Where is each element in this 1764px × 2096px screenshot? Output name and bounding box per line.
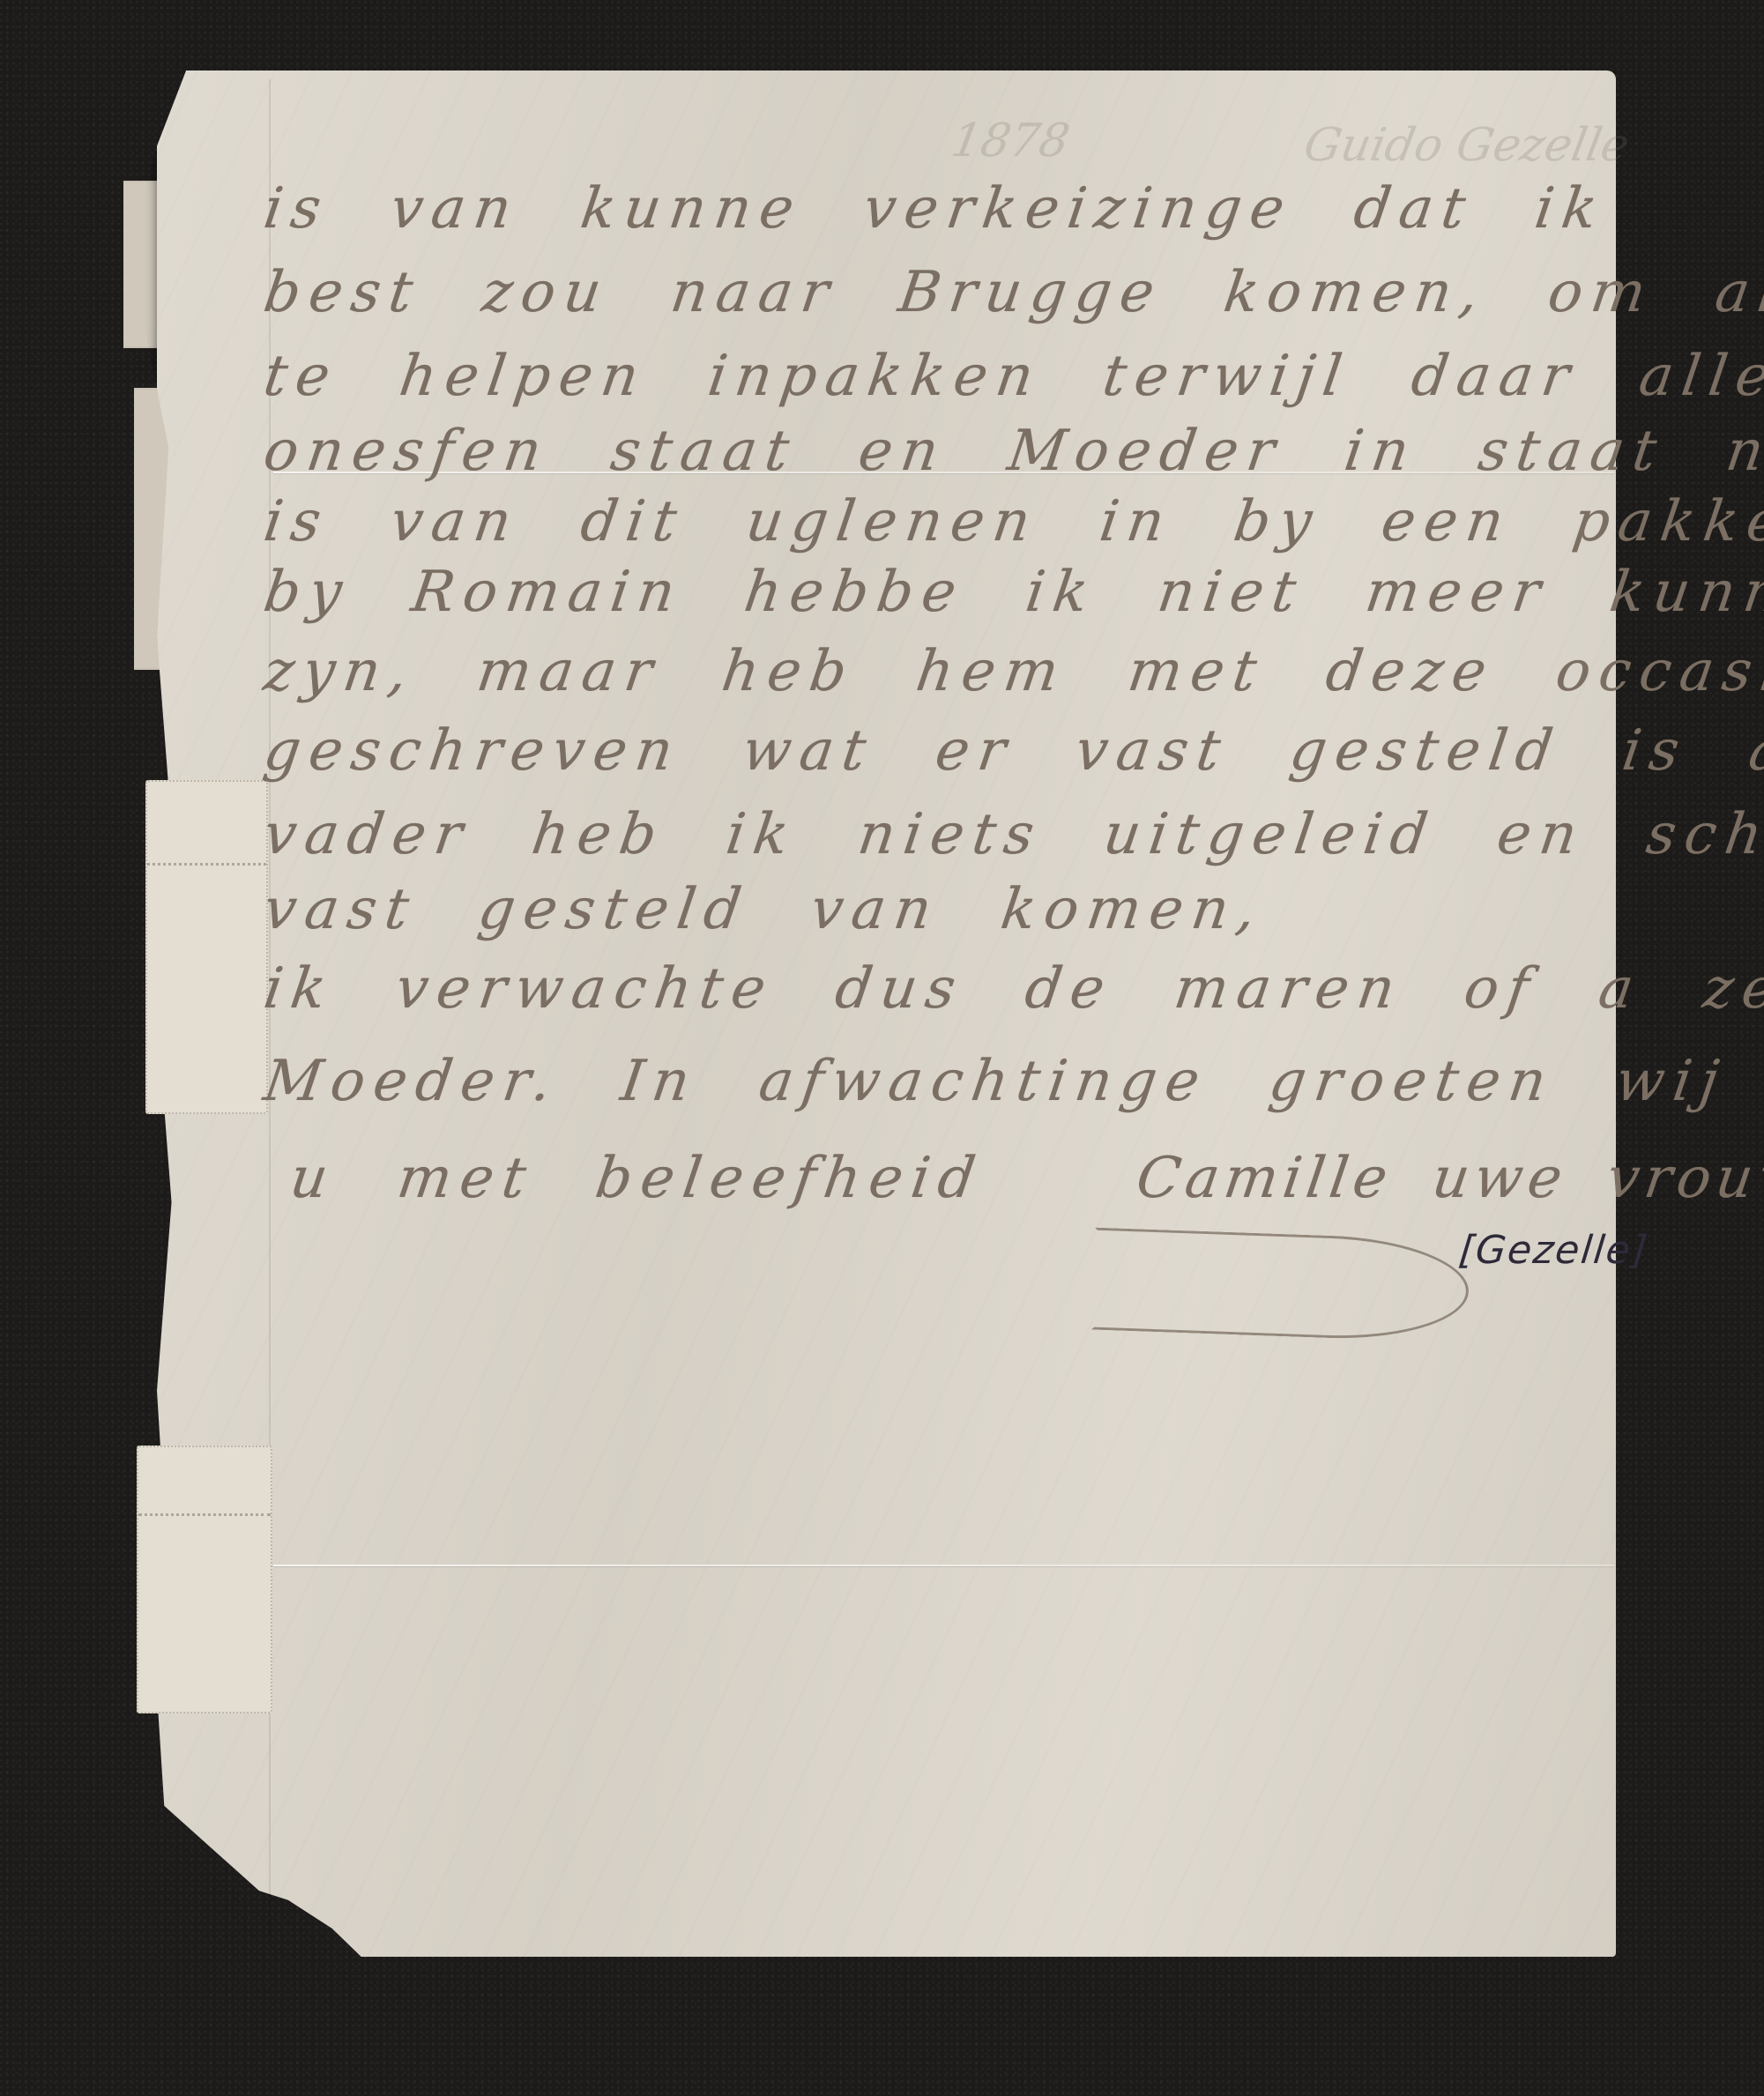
letter-line-8: geschreven wat er vast gesteld is aan (260, 718, 1764, 784)
letter-line-4: onesfen staat en Moeder in staat niet (260, 419, 1764, 484)
letter-line-12: Moeder. In afwachtinge groeten wij (260, 1049, 1731, 1114)
archival-note: [Gezelle] (1456, 1228, 1651, 1273)
perforation-line (138, 1513, 271, 1516)
letter-line-7: zyn, maar heb hem met deze occasie (260, 639, 1764, 704)
letter-line-11: ik verwachte dus de maren of a zelve met (260, 956, 1764, 1022)
signature: Camille uwe vrouw (1133, 1146, 1764, 1211)
horizontal-fold-lower (273, 1565, 1614, 1566)
letter-line-13: u met beleefheid (287, 1146, 988, 1211)
letter-line-9: vader heb ik niets uitgeleid en scheen (260, 802, 1764, 867)
letter-line-1: is van kunne verkeizinge dat ik (260, 176, 1610, 242)
letter-line-10: vast gesteld van komen, (260, 877, 1269, 942)
showthrough-name: Guido Gezelle (1300, 119, 1634, 172)
letter-line-3: te helpen inpakken terwijl daar alles (260, 344, 1764, 409)
letter-line-6: by Romain hebbe ik niet meer kunnen (260, 560, 1764, 625)
stamp-hinge-strip-upper (145, 780, 268, 1114)
perforation-line (147, 863, 266, 866)
showthrough-date: 1878 (948, 115, 1074, 167)
stamp-hinge-strip-lower (137, 1446, 272, 1713)
letter-line-5: is van dit uglenen in by een pakken, (260, 489, 1764, 554)
letter-line-2: best zou naar Brugge komen, om alles (260, 260, 1764, 325)
